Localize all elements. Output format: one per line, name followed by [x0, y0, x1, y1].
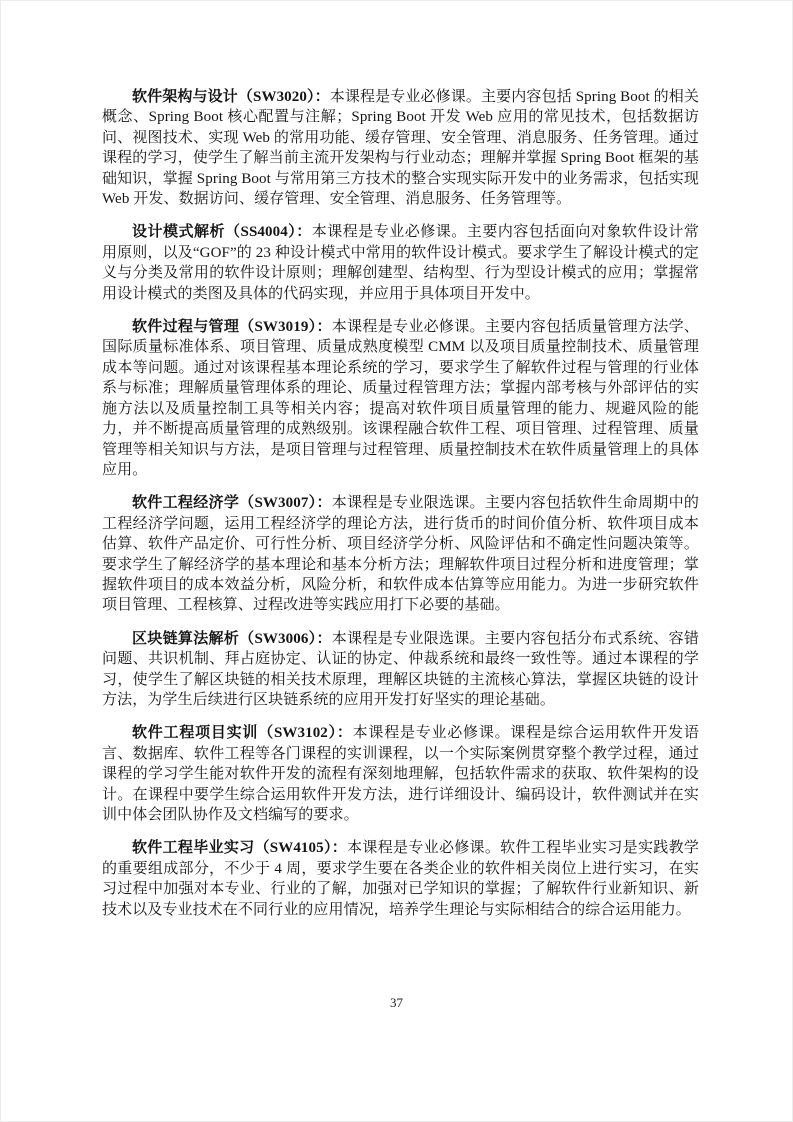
- course-title-sw3102: 软件工程项目实训（SW3102）：: [132, 725, 353, 741]
- course-title-sw3007: 软件工程经济学（SW3007）：: [132, 495, 332, 511]
- course-title-sw4105: 软件工程毕业实习（SW4105）：: [132, 840, 347, 856]
- course-description-sw3020: 本课程是专业必修课。主要内容包括 Spring Boot 的相关概念、Sprin…: [102, 89, 699, 207]
- course-paragraph-sw3007: 软件工程经济学（SW3007）：本课程是专业限选课。主要内容包括软件生命周期中的…: [102, 493, 699, 615]
- course-title-sw3006: 区块链算法解析（SW3006）：: [132, 631, 332, 647]
- course-paragraph-sw4105: 软件工程毕业实习（SW4105）：本课程是专业必修课。软件工程毕业实习是实践教学…: [102, 838, 699, 920]
- course-paragraph-sw3019: 软件过程与管理（SW3019）：本课程是专业必修课。主要内容包括质量管理方法学、…: [102, 317, 699, 480]
- course-paragraph-sw3006: 区块链算法解析（SW3006）：本课程是专业限选课。主要内容包括分布式系统、容错…: [102, 629, 699, 711]
- course-title-sw3019: 软件过程与管理（SW3019）：: [132, 319, 332, 335]
- page-content: 软件架构与设计（SW3020）：本课程是专业必修课。主要内容包括 Spring …: [102, 87, 699, 933]
- course-title-ss4004: 设计模式解析（SS4004）：: [132, 224, 312, 240]
- course-paragraph-sw3102: 软件工程项目实训（SW3102）：本课程是专业必修课。课程是综合运用软件开发语言…: [102, 723, 699, 825]
- course-title-sw3020: 软件架构与设计（SW3020）：: [132, 89, 330, 105]
- page-footer: 37: [1, 994, 792, 1012]
- page-number: 37: [390, 995, 403, 1011]
- course-description-sw3007: 本课程是专业限选课。主要内容包括软件生命周期中的工程经济学问题，运用工程经济学的…: [102, 495, 699, 613]
- course-description-sw3019: 本课程是专业必修课。主要内容包括质量管理方法学、国际质量标准体系、项目管理、质量…: [102, 319, 699, 478]
- course-paragraph-sw3020: 软件架构与设计（SW3020）：本课程是专业必修课。主要内容包括 Spring …: [102, 87, 699, 209]
- course-paragraph-ss4004: 设计模式解析（SS4004）：本课程是专业必修课。主要内容包括面向对象软件设计常…: [102, 222, 699, 304]
- document-page: 软件架构与设计（SW3020）：本课程是专业必修课。主要内容包括 Spring …: [0, 0, 793, 1122]
